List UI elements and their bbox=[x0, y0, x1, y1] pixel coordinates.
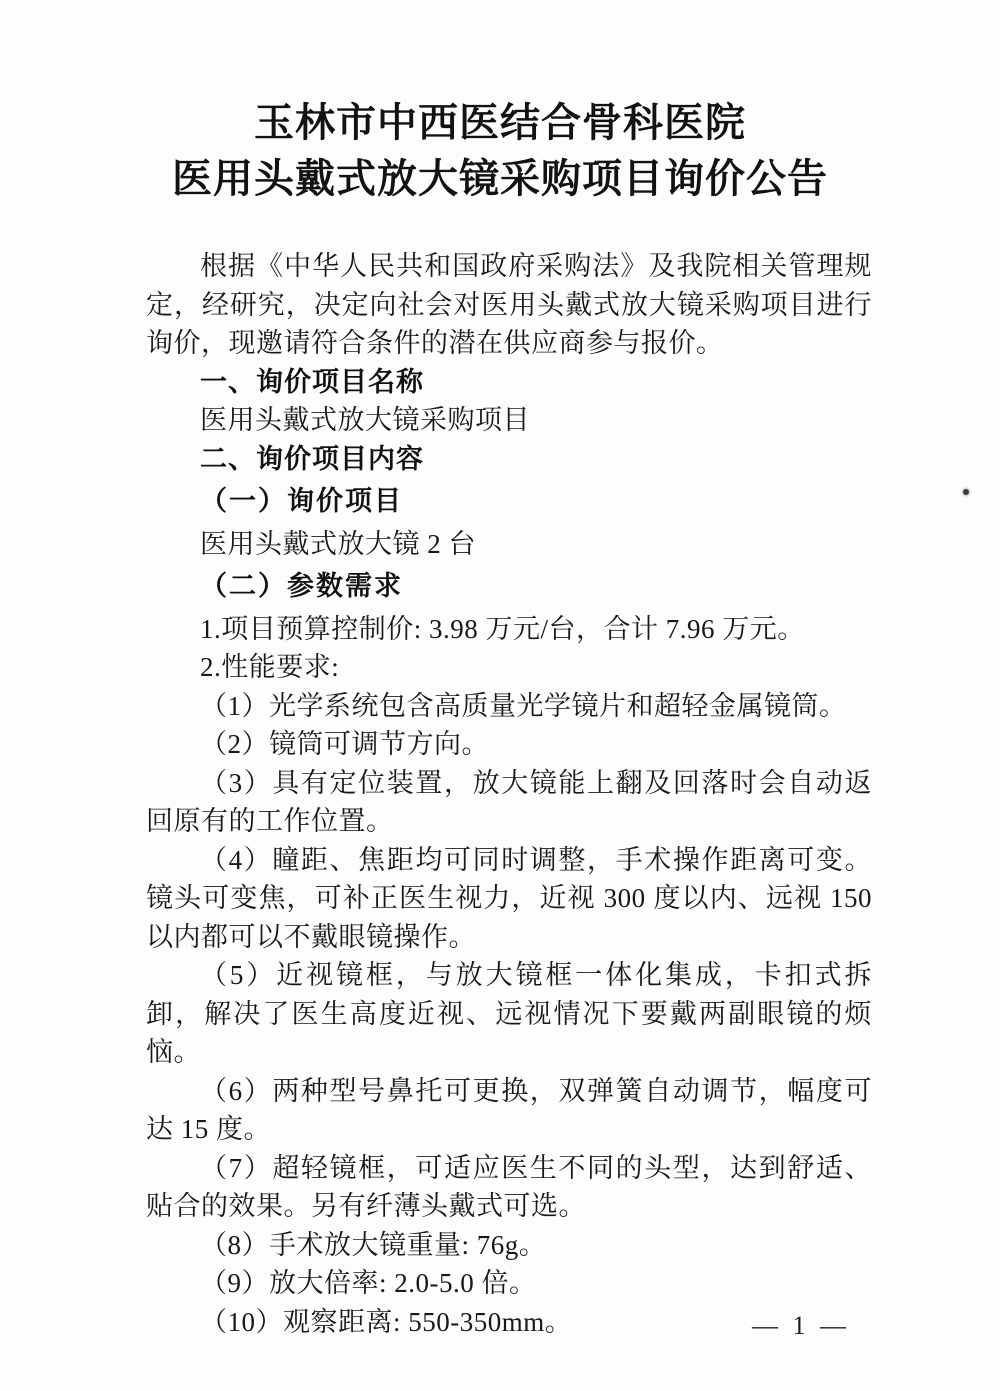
title-line-2: 医用头戴式放大镜采购项目询价公告 bbox=[0, 151, 1000, 207]
requirement-item-3: （3）具有定位装置，放大镜能上翻及回落时会自动返回原有的工作位置。 bbox=[146, 764, 872, 841]
requirement-item-6: （6）两种型号鼻托可更换，双弹簧自动调节，幅度可达 15 度。 bbox=[146, 1072, 872, 1149]
performance-requirements: 2.性能要求: bbox=[146, 648, 872, 687]
section-1-heading: 一、询价项目名称 bbox=[146, 363, 872, 402]
page-number: — 1 — bbox=[752, 1311, 850, 1341]
scan-artifact-dot bbox=[963, 489, 969, 495]
subsection-1-heading: （一）询价项目 bbox=[146, 482, 872, 521]
requirement-item-8: （8）手术放大镜重量: 76g。 bbox=[146, 1226, 872, 1265]
document-body: 根据《中华人民共和国政府采购法》及我院相关管理规定，经研究，决定向社会对医用头戴… bbox=[146, 247, 872, 1341]
section-2-heading: 二、询价项目内容 bbox=[146, 440, 872, 479]
requirement-item-2: （2）镜筒可调节方向。 bbox=[146, 725, 872, 764]
requirement-item-9: （9）放大倍率: 2.0-5.0 倍。 bbox=[146, 1264, 872, 1303]
section-1-content: 医用头戴式放大镜采购项目 bbox=[146, 401, 872, 440]
budget-line: 1.项目预算控制价: 3.98 万元/台，合计 7.96 万元。 bbox=[146, 610, 872, 649]
subsection-1-content: 医用头戴式放大镜 2 台 bbox=[146, 525, 872, 564]
requirement-item-7: （7）超轻镜框，可适应医生不同的头型，达到舒适、贴合的效果。另有纤薄头戴式可选。 bbox=[146, 1149, 872, 1226]
requirement-item-1: （1）光学系统包含高质量光学镜片和超轻金属镜筒。 bbox=[146, 687, 872, 726]
requirement-item-4: （4）瞳距、焦距均可同时调整，手术操作距离可变。镜头可变焦，可补正医生视力，近视… bbox=[146, 841, 872, 957]
subsection-2-heading: （二）参数需求 bbox=[146, 567, 872, 606]
title-line-1: 玉林市中西医结合骨科医院 bbox=[0, 95, 1000, 151]
requirement-item-5: （5）近视镜框，与放大镜框一体化集成，卡扣式拆卸，解决了医生高度近视、远视情况下… bbox=[146, 956, 872, 1072]
intro-paragraph: 根据《中华人民共和国政府采购法》及我院相关管理规定，经研究，决定向社会对医用头戴… bbox=[146, 247, 872, 363]
document-page: 玉林市中西医结合骨科医院 医用头戴式放大镜采购项目询价公告 根据《中华人民共和国… bbox=[0, 0, 1000, 1391]
document-title: 玉林市中西医结合骨科医院 医用头戴式放大镜采购项目询价公告 bbox=[0, 0, 1000, 207]
